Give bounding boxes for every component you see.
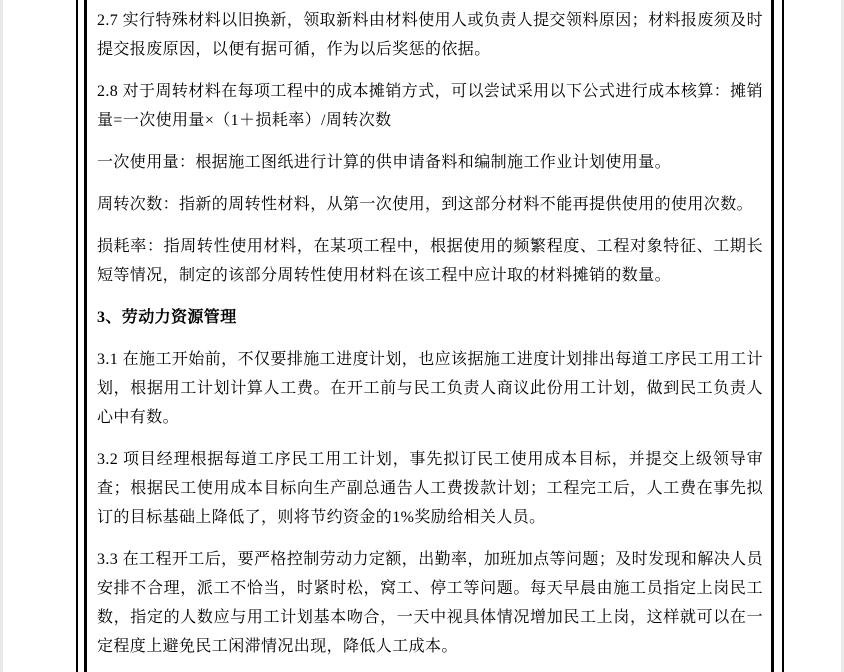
section-heading-labor-resource-management: 3、劳动力资源管理: [97, 303, 763, 332]
page-border-left-outer: [76, 0, 78, 672]
page-border-right-inner: [771, 0, 774, 672]
paragraph-definition-loss-rate: 损耗率：指周转性使用材料，在某项工程中，根据使用的频繁程度、工程对象特征、工期长…: [97, 232, 763, 290]
paragraph-definition-one-time-usage: 一次使用量：根据施工图纸进行计算的供申请备料和编制施工作业计划使用量。: [97, 148, 763, 177]
window-edge-left: [0, 0, 3, 672]
paragraph-3-1: 3.1 在施工开始前，不仅要排施工进度计划，也应该据施工进度计划排出每道工序民工…: [97, 345, 763, 432]
paragraph-3-3: 3.3 在工程开工后，要严格控制劳动力定额，出勤率，加班加点等问题；及时发现和解…: [97, 545, 763, 661]
page-border-right-outer: [782, 0, 784, 672]
paragraph-2-8: 2.8 对于周转材料在每项工程中的成本摊销方式，可以尝试采用以下公式进行成本核算…: [97, 77, 763, 135]
page-border-left-inner: [84, 0, 87, 672]
document-body: 2.7 实行特殊材料以旧换新，领取新料由材料使用人或负责人提交领料原因；材料报废…: [97, 0, 763, 672]
paragraph-2-7: 2.7 实行特殊材料以旧换新，领取新料由材料使用人或负责人提交领料原因；材料报废…: [97, 6, 763, 64]
document-page: { "page": { "background_color": "#ffffff…: [0, 0, 844, 672]
paragraph-3-2: 3.2 项目经理根据每道工序民工用工计划，事先拟订民工使用成本目标，并提交上级领…: [97, 445, 763, 532]
paragraph-definition-turnover-count: 周转次数：指新的周转性材料，从第一次使用，到这部分材料不能再提供使用的使用次数。: [97, 190, 763, 219]
